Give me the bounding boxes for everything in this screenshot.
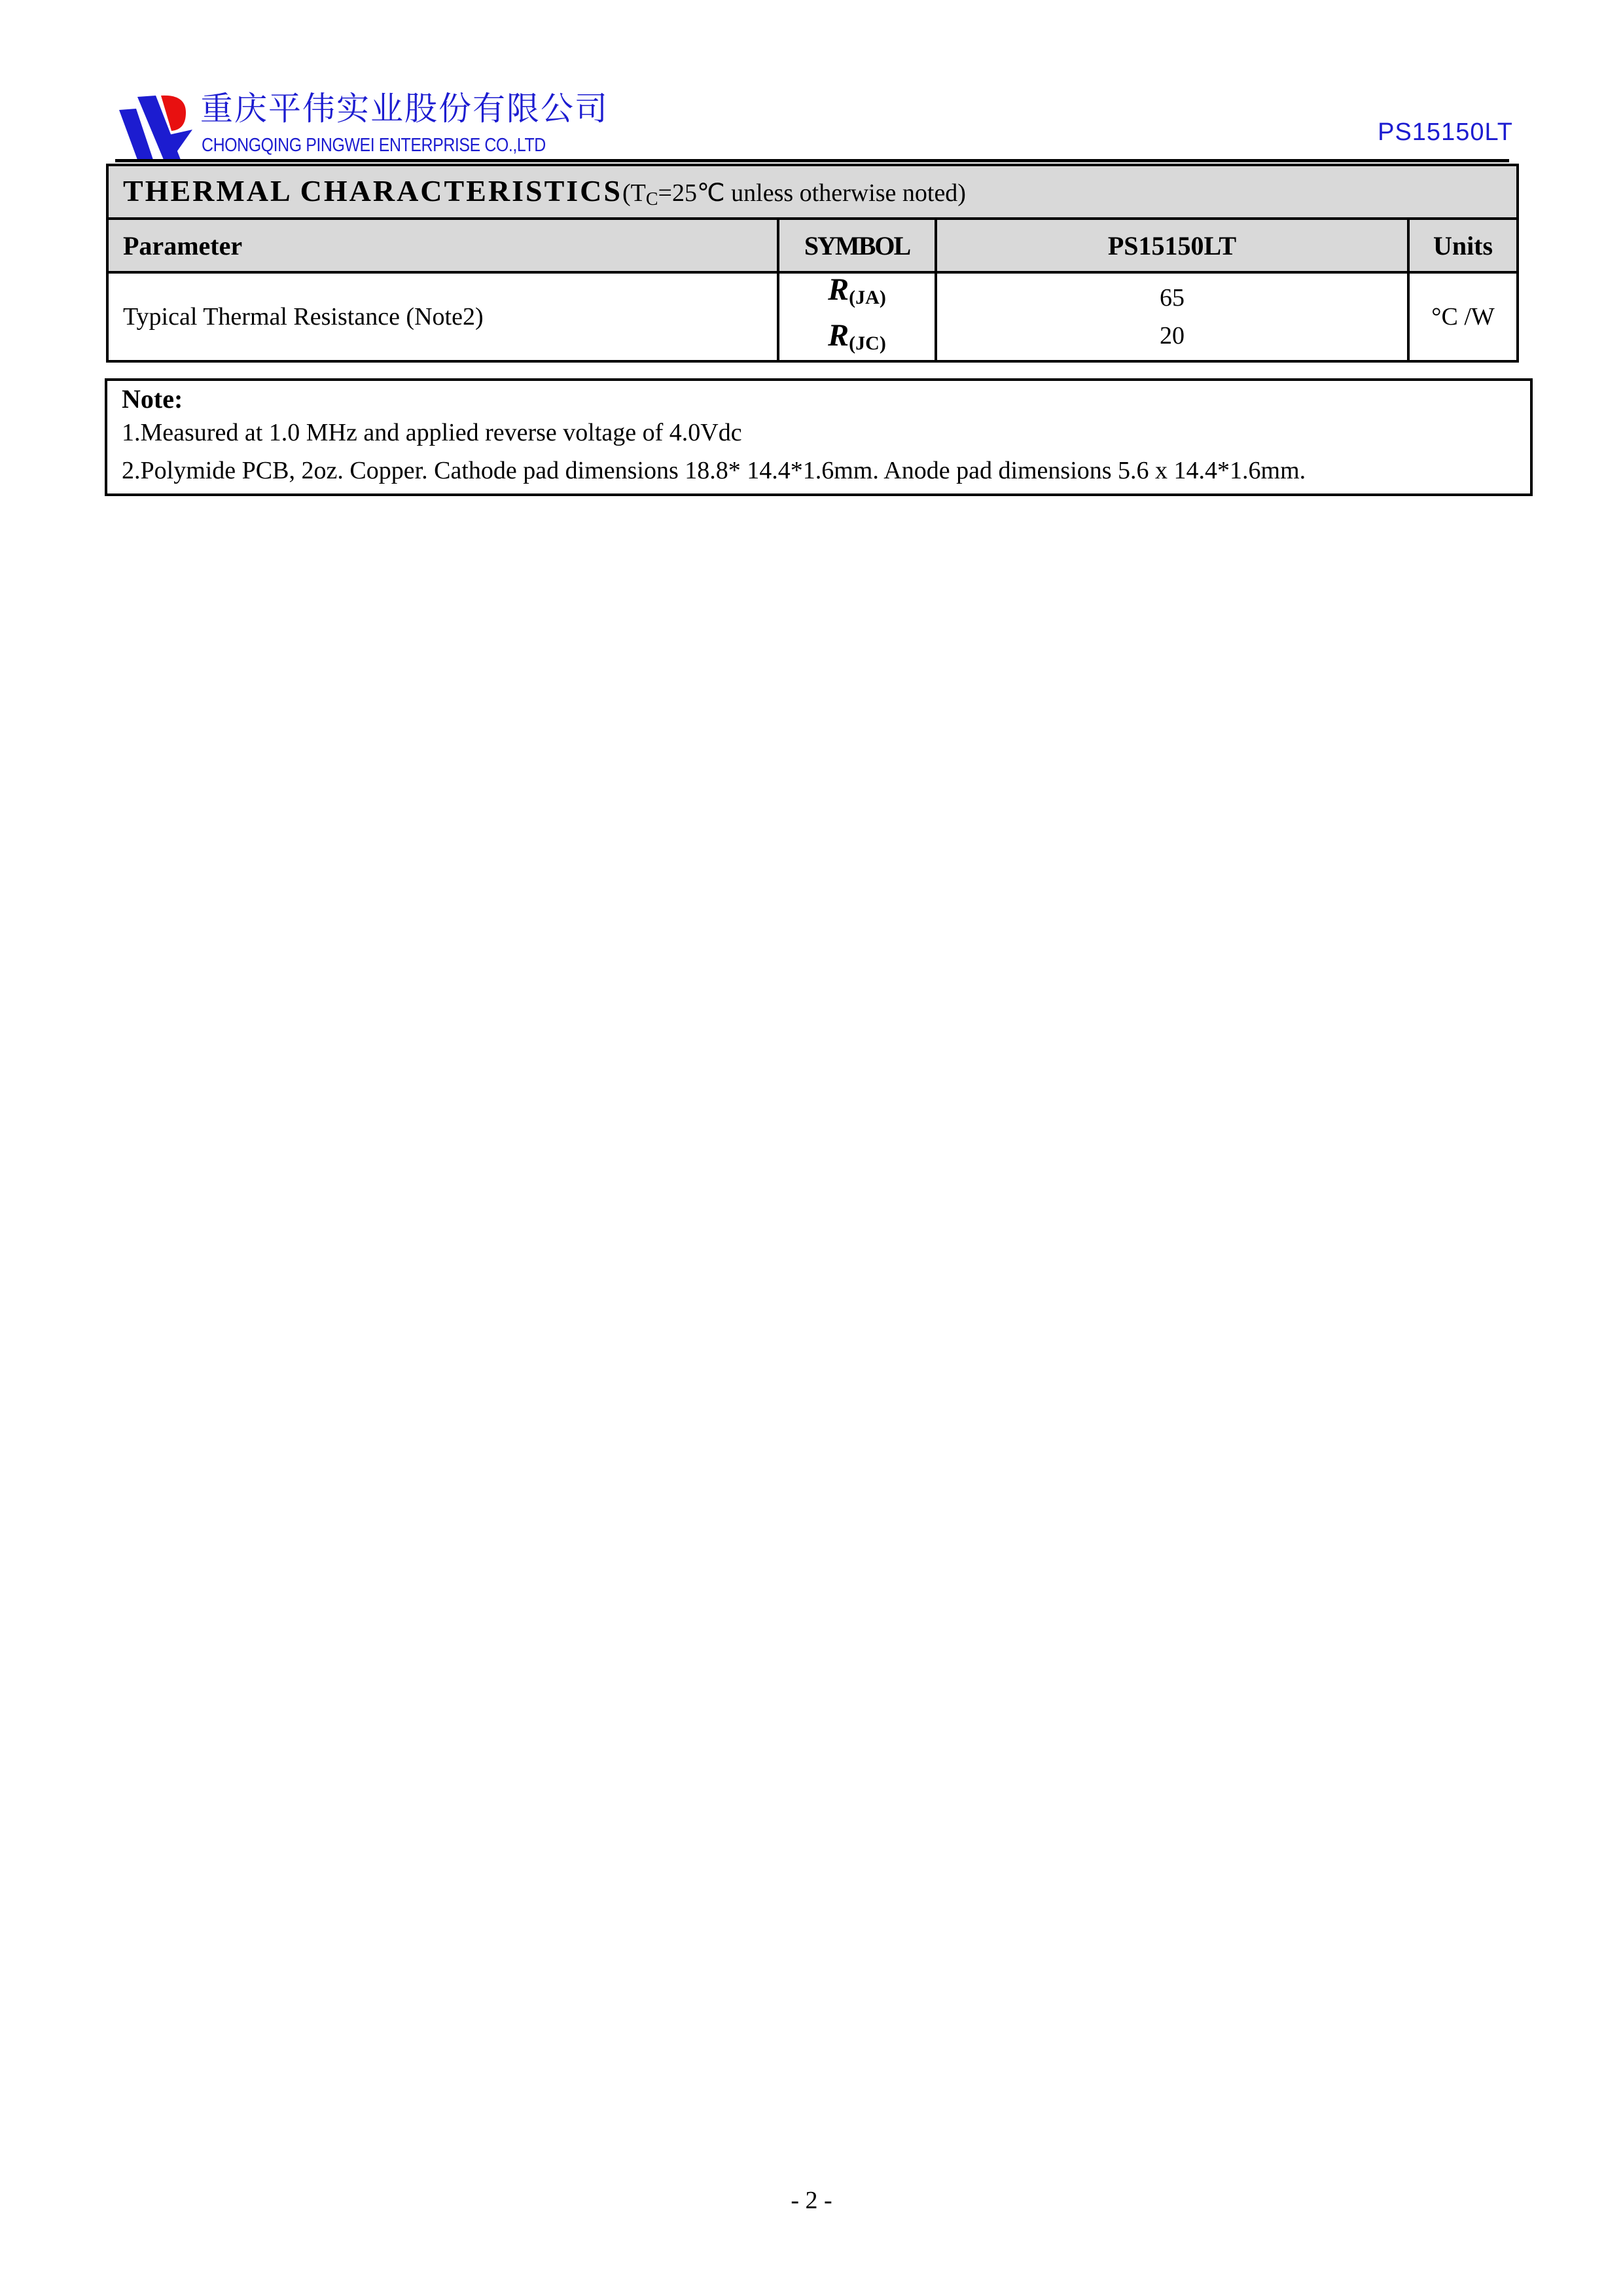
parameter-cell: Typical Thermal Resistance (Note2) — [107, 272, 778, 361]
value-rja: 65 — [1160, 281, 1185, 314]
column-header-symbol: SYMBOL — [778, 219, 936, 272]
header-divider — [115, 159, 1509, 162]
page-number: - 2 - — [0, 2186, 1623, 2215]
value-cell: 65 20 — [936, 272, 1408, 361]
note-item-2: 2.Polymide PCB, 2oz. Copper. Cathode pad… — [122, 452, 1530, 490]
column-header-units: Units — [1408, 219, 1518, 272]
company-name-en: CHONGQING PINGWEI ENTERPRISE CO.,LTD — [202, 134, 546, 156]
symbol-rja: R(JA) — [828, 274, 886, 314]
column-header-parameter: Parameter — [107, 219, 778, 272]
symbol-cell: R(JA) R(JC) — [778, 272, 936, 361]
thermal-characteristics-table: THERMAL CHARACTERISTICS(TC=25℃ unless ot… — [106, 164, 1516, 363]
table-title-main: THERMAL CHARACTERISTICS — [123, 174, 622, 207]
symbol-rjc: R(JC) — [828, 319, 886, 360]
notes-title: Note: — [122, 385, 1530, 414]
table-header-row: Parameter SYMBOL PS15150LT Units — [107, 219, 1518, 272]
table-row: Typical Thermal Resistance (Note2) R(JA)… — [107, 272, 1518, 361]
column-header-part: PS15150LT — [936, 219, 1408, 272]
table-title: THERMAL CHARACTERISTICS(TC=25℃ unless ot… — [107, 165, 1518, 219]
company-name-cn: 重庆平伟实业股份有限公司 — [200, 89, 609, 128]
value-rjc: 20 — [1160, 319, 1185, 352]
units-cell: °C /W — [1408, 272, 1518, 361]
note-item-1: 1.Measured at 1.0 MHz and applied revers… — [122, 414, 1530, 452]
notes-box: Note: 1.Measured at 1.0 MHz and applied … — [105, 378, 1533, 496]
pingwei-logo-icon — [118, 92, 196, 160]
table-title-condition: (TC=25℃ unless otherwise noted) — [622, 179, 966, 207]
header-part-number: PS15150LT — [1378, 118, 1513, 147]
